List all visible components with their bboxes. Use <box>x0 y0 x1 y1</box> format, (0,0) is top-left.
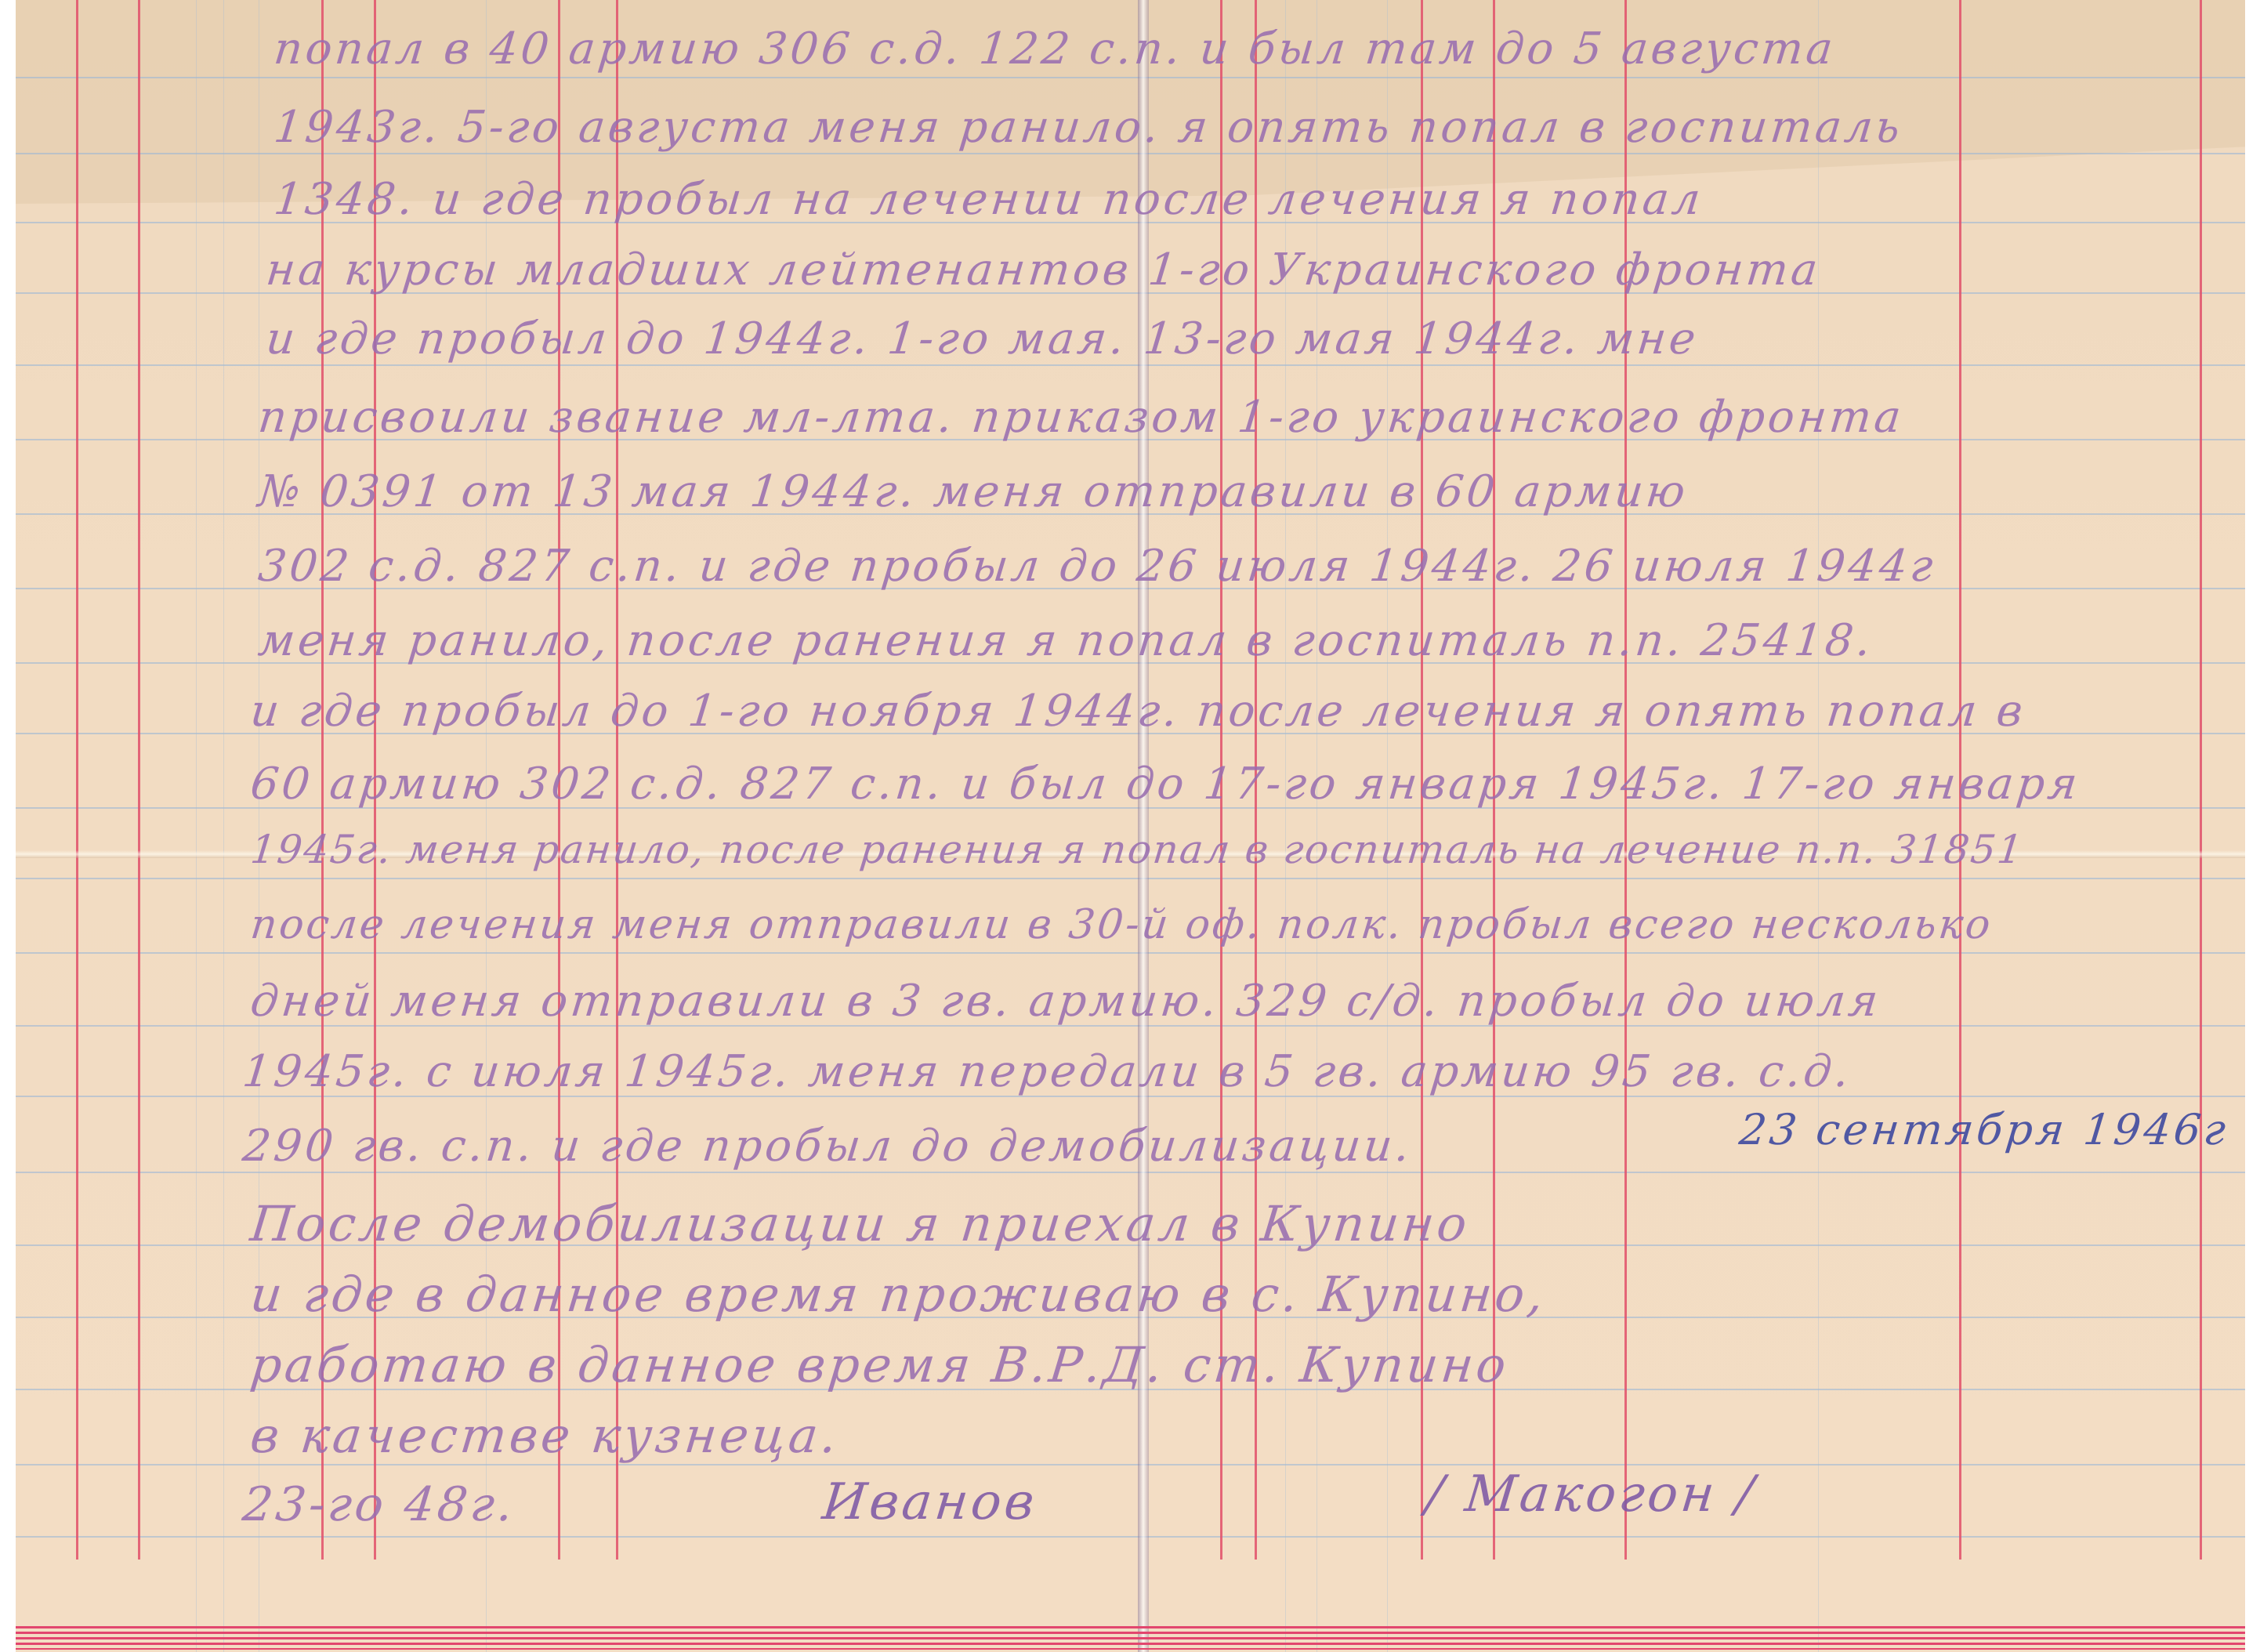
text-line: 290 гв. с.п. и где пробыл до демобилизац… <box>241 1121 1415 1172</box>
text-line: на курсы младших лейтенантов 1-го Украин… <box>264 245 1824 295</box>
grid-line <box>259 0 259 1652</box>
text-line: в качестве кузнеца. <box>248 1407 842 1464</box>
text-line: меня ранило, после ранения я попал в гос… <box>256 615 1877 666</box>
margin-line <box>2200 0 2202 1560</box>
text-line: после лечения меня отправили в 30-й оф. … <box>248 901 1995 948</box>
inserted-date: 23 сентября 1946г <box>1737 1105 2231 1154</box>
text-line: работаю в данное время В.Р.Д. ст. Купино <box>248 1336 1512 1393</box>
ruling-line <box>16 153 2245 154</box>
signature-left: Иванов <box>820 1473 1040 1531</box>
ruling-line <box>16 77 2245 78</box>
text-line: 1945г. с июля 1945г. меня передали в 5 г… <box>241 1046 1855 1097</box>
signature-right: / Макогон / <box>1423 1465 1759 1523</box>
ruling-line <box>16 364 2245 366</box>
text-line: После демобилизации я приехал в Купино <box>248 1195 1472 1252</box>
text-line: 1348. и где пробыл на лечении после лече… <box>272 174 1706 225</box>
text-line: дней меня отправили в 3 гв. армию. 329 с… <box>248 976 1884 1027</box>
text-line: 1943г. 5-го августа меня ранило. я опять… <box>272 102 1906 153</box>
grid-line <box>223 0 224 1652</box>
footer-date: 23-го 48г. <box>240 1477 518 1532</box>
text-line: 60 армию 302 с.д. 827 с.п. и был до 17-г… <box>248 759 2083 810</box>
document-sheet: попал в 40 армию 306 с.д. 122 с.п. и был… <box>16 0 2245 1652</box>
margin-line <box>138 0 140 1560</box>
ruling-line <box>16 878 2245 879</box>
ruling-line <box>16 1536 2245 1538</box>
text-line: 1945г. меня ранило, после ранения я попа… <box>248 827 2026 872</box>
text-line: присвоили звание мл-лта. приказом 1-го у… <box>256 392 1907 443</box>
ruling-line <box>16 1464 2245 1465</box>
text-line: попал в 40 армию 306 с.д. 122 с.п. и был… <box>272 24 1838 74</box>
grid-line <box>196 0 197 1652</box>
text-line: и где пробыл до 1944г. 1-го мая. 13-го м… <box>264 313 1701 364</box>
bottom-red-band <box>16 1626 2245 1650</box>
text-line: № 0391 от 13 мая 1944г. меня отправили в… <box>256 466 1691 517</box>
margin-line <box>76 0 78 1560</box>
text-line: и где в данное время проживаю в с. Купин… <box>248 1266 1549 1323</box>
text-line: 302 с.д. 827 с.п. и где пробыл до 26 июл… <box>256 541 1939 592</box>
text-line: и где пробыл до 1-го ноября 1944г. после… <box>248 686 2028 737</box>
ruling-line <box>16 1172 2245 1173</box>
ruling-line <box>16 952 2245 954</box>
